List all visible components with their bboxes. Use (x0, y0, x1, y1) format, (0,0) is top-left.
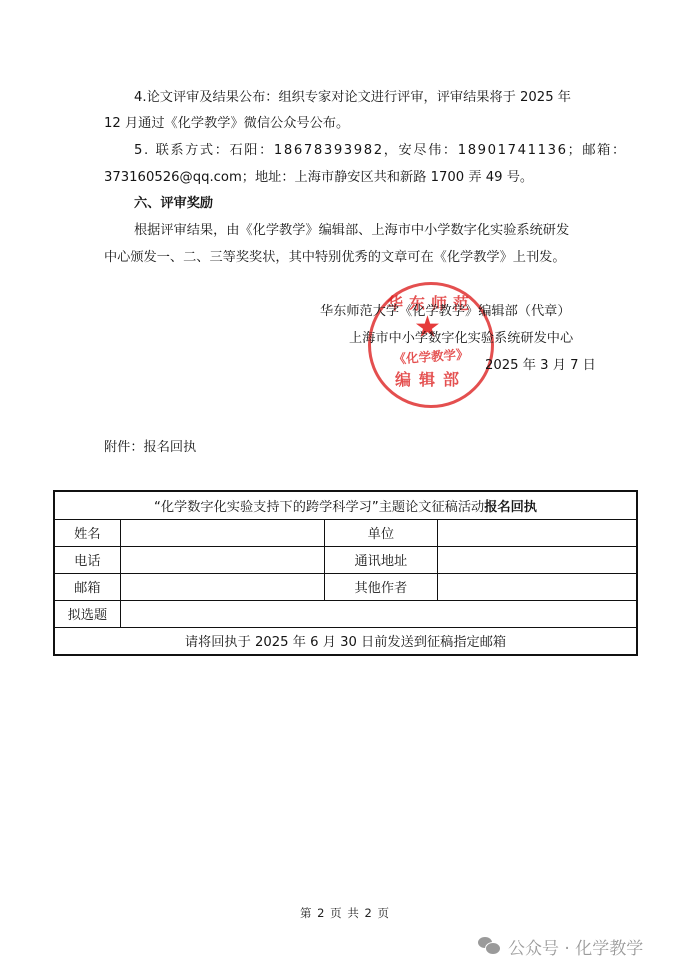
label-name: 姓名 (54, 519, 120, 546)
label-organization: 单位 (324, 519, 437, 546)
table-row: 姓名 单位 (54, 519, 637, 546)
field-phone[interactable] (120, 546, 324, 573)
field-topic[interactable] (120, 600, 637, 627)
signature-org2: 上海市中小学数字化实验系统研发中心 (349, 329, 573, 349)
label-phone: 电话 (54, 546, 120, 573)
document-page: 4.论文评审及结果公布：组织专家对论文进行评审，评审结果将于 2025 年 12… (0, 0, 690, 976)
table-row: 邮箱 其他作者 (54, 573, 637, 600)
registration-receipt-table: “化学数字化实验支持下的跨学科学习”主题论文征稿活动报名回执 姓名 单位 电话 … (53, 490, 638, 656)
page-number: 第 2 页 共 2 页 (0, 905, 690, 921)
section6-line2: 中心颁发一、二、三等奖奖状，其中特别优秀的文章可在《化学教学》上刊发。 (104, 248, 566, 268)
field-address[interactable] (438, 546, 637, 573)
label-coauthors: 其他作者 (324, 573, 437, 600)
item5-line1: 5. 联系方式：石阳：18678393982，安尽伟：18901741136；邮… (134, 141, 627, 161)
item4-line1: 4.论文评审及结果公布：组织专家对论文进行评审，评审结果将于 2025 年 (134, 88, 571, 108)
item4-line2: 12 月通过《化学教学》微信公众号公布。 (104, 114, 349, 134)
signature-org1: 华东师范大学《化学教学》编辑部（代章） (320, 302, 571, 322)
table-row: 电话 通讯地址 (54, 546, 637, 573)
section6-heading: 六、评审奖励 (134, 194, 213, 214)
label-email: 邮箱 (54, 573, 120, 600)
signature-date: 2025 年 3 月 7 日 (485, 356, 596, 376)
label-address: 通讯地址 (324, 546, 437, 573)
table-title-normal: “化学数字化实验支持下的跨学科学习”主题论文征稿活动 (154, 500, 484, 515)
table-title: “化学数字化实验支持下的跨学科学习”主题论文征稿活动报名回执 (54, 491, 637, 519)
field-name[interactable] (120, 519, 324, 546)
seal-bottom-text: 编辑部 (371, 367, 491, 390)
wechat-watermark: 公众号 · 化学教学 (478, 934, 643, 958)
field-coauthors[interactable] (438, 573, 637, 600)
attachment-label: 附件：报名回执 (104, 438, 196, 458)
table-title-bold: 报名回执 (484, 500, 537, 515)
field-email[interactable] (120, 573, 324, 600)
table-row: 拟选题 (54, 600, 637, 627)
watermark-text: 公众号 · 化学教学 (508, 934, 643, 959)
item5-line2: 373160526@qq.com；地址：上海市静安区共和新路 1700 弄 49… (104, 168, 533, 188)
label-topic: 拟选题 (54, 600, 120, 627)
field-organization[interactable] (438, 519, 637, 546)
section6-line1: 根据评审结果，由《化学教学》编辑部、上海市中小学数字化实验系统研发 (134, 221, 569, 241)
table-footer-note: 请将回执于 2025 年 6 月 30 日前发送到征稿指定邮箱 (54, 627, 637, 655)
wechat-icon (478, 937, 500, 955)
